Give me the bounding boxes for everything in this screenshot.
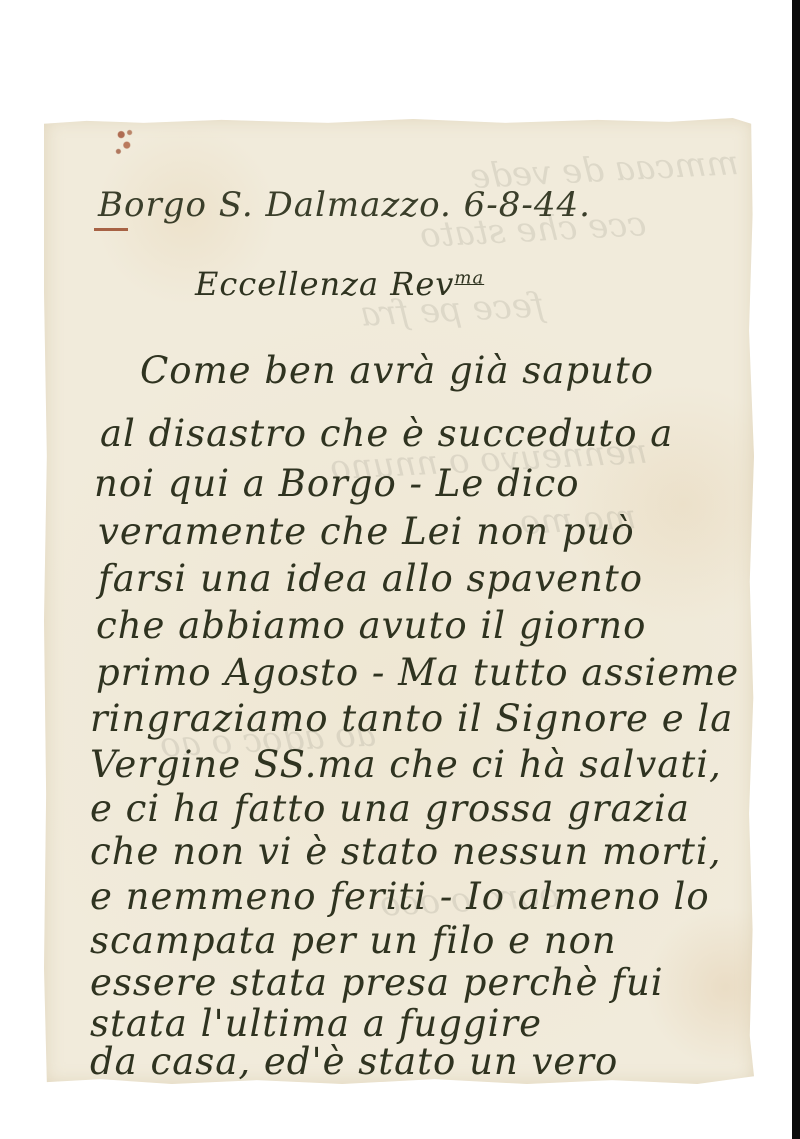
letter-line: veramente che Lei non può (98, 513, 635, 550)
salutation-text: Eccellenza Rev (195, 265, 454, 303)
letter-line: Vergine SS.ma che ci hà salvati, (90, 746, 722, 783)
letter-line: primo Agosto - Ma tutto assieme (96, 654, 739, 691)
letter-line: e ci ha fatto una grossa grazia (90, 790, 690, 827)
letter-line: stata l'ultima a fuggire (90, 1005, 542, 1042)
scanned-letter: mmcaa de vede cce che stato fece pe fra … (0, 0, 800, 1139)
letter-line: ringraziamo tanto il Signore e la (90, 700, 733, 737)
place-and-date: Borgo S. Dalmazzo. 6-8-44. (98, 188, 591, 222)
red-stamp-underline (94, 228, 128, 231)
letter-line: Come ben avrà già saputo (140, 352, 654, 389)
red-stamp-mark (110, 122, 138, 164)
letter-line: che non vi è stato nessun morti, (90, 833, 722, 870)
letter-line: essere stata presa perchè fui (90, 964, 664, 1001)
letter-line: farsi una idea allo spavento (98, 560, 643, 597)
letter-line: da casa, ed'è stato un vero (90, 1043, 618, 1080)
salutation-superscript: ma (454, 267, 484, 288)
letter-line: che abbiamo avuto il giorno (96, 607, 646, 644)
letter-line: noi qui a Borgo - Le dico (94, 465, 580, 502)
scanner-edge-bar (792, 0, 800, 1139)
letter-line: al disastro che è succeduto a (100, 415, 673, 452)
salutation: Eccellenza Revma (195, 268, 484, 300)
letter-line: e nemmeno feriti - Io almeno lo (90, 878, 710, 915)
letter-line: scampata per un filo e non (90, 922, 617, 959)
